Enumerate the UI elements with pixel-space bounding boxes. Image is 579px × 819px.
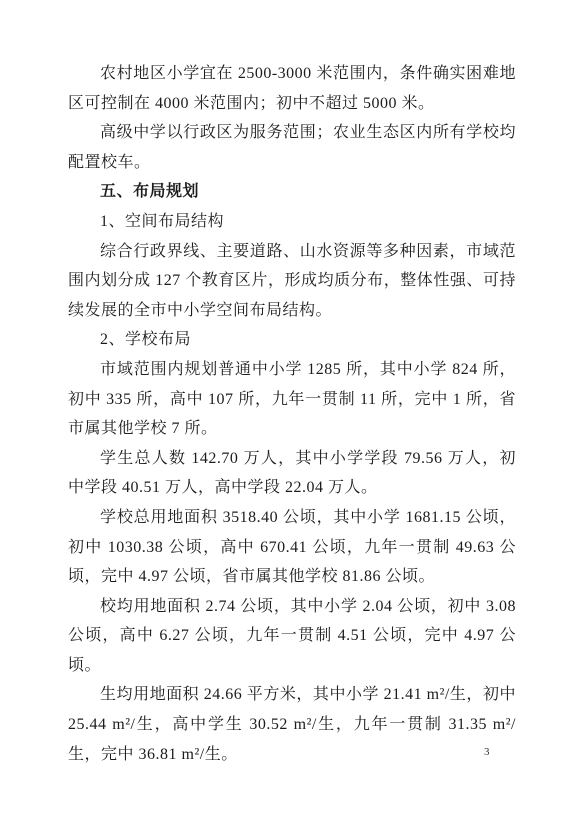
paragraph: 市域范围内规划普通中小学 1285 所，其中小学 824 所，初中 335 所，… (68, 355, 516, 444)
page-number: 3 (484, 745, 490, 759)
paragraph: 校均用地面积 2.74 公顷，其中小学 2.04 公顷，初中 3.08 公顷，高… (68, 592, 516, 681)
document-page: 农村地区小学宜在 2500-3000 米范围内，条件确实困难地区可控制在 400… (0, 0, 579, 819)
paragraph: 学生总人数 142.70 万人，其中小学学段 79.56 万人，初中学段 40.… (68, 444, 516, 503)
subsection-heading: 1、空间布局结构 (68, 207, 516, 237)
paragraph: 学校总用地面积 3518.40 公顷，其中小学 1681.15 公顷，初中 10… (68, 503, 516, 592)
document-body: 农村地区小学宜在 2500-3000 米范围内，条件确实困难地区可控制在 400… (68, 59, 516, 769)
section-heading: 五、布局规划 (68, 177, 516, 207)
paragraph: 综合行政界线、主要道路、山水资源等多种因素，市域范围内划分成 127 个教育区片… (68, 237, 516, 326)
paragraph: 农村地区小学宜在 2500-3000 米范围内，条件确实困难地区可控制在 400… (68, 59, 516, 118)
subsection-heading: 2、学校布局 (68, 325, 516, 355)
paragraph: 高级中学以行政区为服务范围；农业生态区内所有学校均配置校车。 (68, 118, 516, 177)
paragraph: 生均用地面积 24.66 平方米，其中小学 21.41 m²/生，初中 25.4… (68, 680, 516, 769)
